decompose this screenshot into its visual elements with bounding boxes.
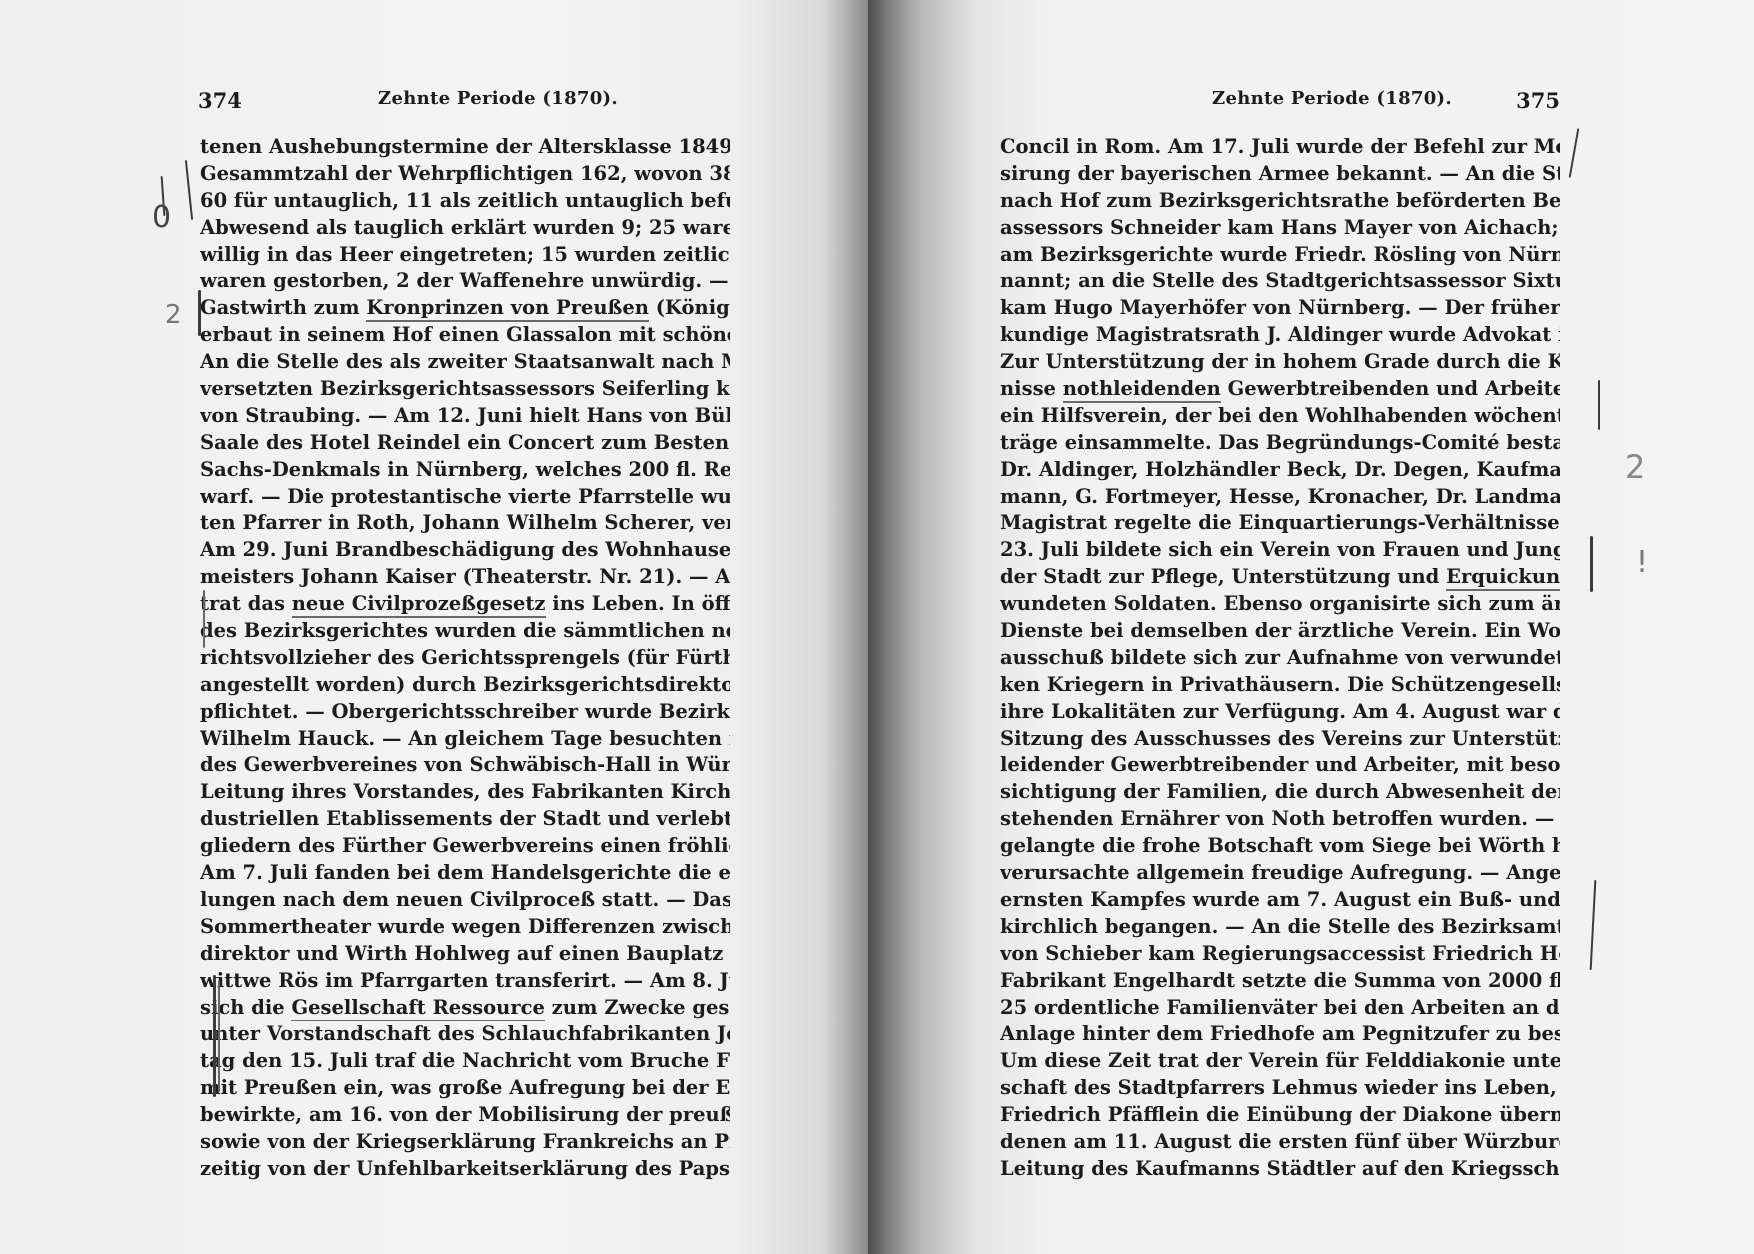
text-line: Dr. Aldinger, Holzhändler Beck, Dr. Dege…: [1000, 457, 1560, 484]
text-line: Sommertheater wurde wegen Differenzen zw…: [200, 914, 730, 941]
pencil-underline: Kronprinzen von Preußen: [366, 296, 649, 322]
text-line: 25 ordentliche Familienväter bei den Arb…: [1000, 995, 1560, 1022]
right-page-body-text: Concil in Rom. Am 17. Juli wurde der Bef…: [1000, 134, 1560, 1183]
text-line: direktor und Wirth Hohlweg auf einen Bau…: [200, 941, 730, 968]
text-line: wittwe Rös im Pfarrgarten transferirt. —…: [200, 968, 730, 995]
book-spread: 374 Zehnte Periode (1870). Zehnte Period…: [0, 0, 1754, 1254]
text-line: gelangte die frohe Botschaft vom Siege b…: [1000, 833, 1560, 860]
text-line: tag den 15. Juli traf die Nachricht vom …: [200, 1048, 730, 1075]
text-line: mit Preußen ein, was große Aufregung bei…: [200, 1075, 730, 1102]
text-line: zeitig von der Unfehlbarkeitserklärung d…: [200, 1156, 730, 1183]
pencil-margin-bracket: [218, 980, 220, 1092]
pencil-margin-note: !: [1636, 545, 1648, 580]
text-line: Saale des Hotel Reindel ein Concert zum …: [200, 430, 730, 457]
text-line: kundige Magistratsrath J. Aldinger wurde…: [1000, 322, 1560, 349]
text-line: träge einsammelte. Das Begründungs-Comit…: [1000, 430, 1560, 457]
text-line: des Bezirksgerichtes wurden die sämmtlic…: [200, 618, 730, 645]
text-line: pflichtet. — Obergerichtsschreiber wurde…: [200, 699, 730, 726]
text-line: Sachs-Denkmals in Nürnberg, welches 200 …: [200, 457, 730, 484]
text-line: Am 29. Juni Brandbeschädigung des Wohnha…: [200, 537, 730, 564]
text-line: stehenden Ernährer von Noth betroffen wu…: [1000, 806, 1560, 833]
text-line: Abwesend als tauglich erklärt wurden 9; …: [200, 215, 730, 242]
text-line: trat das neue Civilprozeßgesetz ins Lebe…: [200, 591, 730, 618]
text-line: dustriellen Etablissements der Stadt und…: [200, 806, 730, 833]
pencil-margin-bracket: [198, 290, 201, 336]
text-line: Am 7. Juli fanden bei dem Handelsgericht…: [200, 860, 730, 887]
text-line: Friedrich Pfäfflein die Einübung der Dia…: [1000, 1102, 1560, 1129]
text-line: von Schieber kam Regierungsaccessist Fri…: [1000, 941, 1560, 968]
text-line: Leitung des Kaufmanns Städtler auf den K…: [1000, 1156, 1560, 1183]
text-line: denen am 11. August die ersten fünf über…: [1000, 1129, 1560, 1156]
text-line: erbaut in seinem Hof einen Glassalon mit…: [200, 322, 730, 349]
text-line: Sitzung des Ausschusses des Vereins zur …: [1000, 726, 1560, 753]
pencil-margin-stroke: [1590, 536, 1593, 592]
left-page-header: 374 Zehnte Periode (1870).: [198, 88, 728, 116]
text-line: ken Kriegern in Privathäusern. Die Schüt…: [1000, 672, 1560, 699]
text-line: Zur Unterstützung der in hohem Grade dur…: [1000, 349, 1560, 376]
text-line: 60 für untauglich, 11 als zeitlich untau…: [200, 188, 730, 215]
text-line: warf. — Die protestantische vierte Pfarr…: [200, 484, 730, 511]
text-line: Gesammtzahl der Wehrpflichtigen 162, wov…: [200, 161, 730, 188]
text-line: nisse nothleidenden Gewerbtreibenden und…: [1000, 376, 1560, 403]
pencil-margin-note: 2: [1625, 448, 1645, 486]
text-line: assessors Schneider kam Hans Mayer von A…: [1000, 215, 1560, 242]
text-line: gliedern des Fürther Gewerbvereins einen…: [200, 833, 730, 860]
pencil-margin-note: 2: [165, 300, 182, 330]
text-line: waren gestorben, 2 der Waffenehre unwürd…: [200, 268, 730, 295]
text-line: der Stadt zur Pflege, Unterstützung und …: [1000, 564, 1560, 591]
text-line: ausschuß bildete sich zur Aufnahme von v…: [1000, 645, 1560, 672]
text-line: des Gewerbvereines von Schwäbisch-Hall i…: [200, 752, 730, 779]
text-line: angestellt worden) durch Bezirksgerichts…: [200, 672, 730, 699]
text-line: meisters Johann Kaiser (Theaterstr. Nr. …: [200, 564, 730, 591]
text-line: schaft des Stadtpfarrers Lehmus wieder i…: [1000, 1075, 1560, 1102]
text-line: mann, G. Fortmeyer, Hesse, Kronacher, Dr…: [1000, 484, 1560, 511]
text-line: tenen Aushebungstermine der Altersklasse…: [200, 134, 730, 161]
text-line: kam Hugo Mayerhöfer von Nürnberg. — Der …: [1000, 295, 1560, 322]
page-number: 375: [1516, 88, 1560, 113]
text-line: unter Vorstandschaft des Schlauchfabrika…: [200, 1021, 730, 1048]
text-line: Anlage hinter dem Friedhofe am Pegnitzuf…: [1000, 1021, 1560, 1048]
text-line: bewirkte, am 16. von der Mobilisirung de…: [200, 1102, 730, 1129]
text-line: Wilhelm Hauck. — An gleichem Tage besuch…: [200, 726, 730, 753]
pencil-underline: nothleidenden: [1063, 377, 1221, 403]
text-line: An die Stelle des als zweiter Staatsanwa…: [200, 349, 730, 376]
pencil-margin-note: 0: [152, 200, 171, 235]
text-line: kirchlich begangen. — An die Stelle des …: [1000, 914, 1560, 941]
text-line: ein Hilfsverein, der bei den Wohlhabende…: [1000, 403, 1560, 430]
text-line: 23. Juli bildete sich ein Verein von Fra…: [1000, 537, 1560, 564]
right-page-header: Zehnte Periode (1870). 375: [1000, 88, 1560, 116]
text-line: Um diese Zeit trat der Verein für Felddi…: [1000, 1048, 1560, 1075]
text-line: Leitung ihres Vorstandes, des Fabrikante…: [200, 779, 730, 806]
text-line: Dienste bei demselben der ärztliche Vere…: [1000, 618, 1560, 645]
running-title: Zehnte Periode (1870).: [1212, 88, 1452, 109]
text-line: Gastwirth zum Kronprinzen von Preußen (K…: [200, 295, 730, 322]
text-line: richtsvollzieher des Gerichtssprengels (…: [200, 645, 730, 672]
pencil-margin-stroke: [1598, 380, 1600, 430]
text-line: nach Hof zum Bezirksgerichtsrathe beförd…: [1000, 188, 1560, 215]
text-line: sich die Gesellschaft Ressource zum Zwec…: [200, 995, 730, 1022]
pencil-underline: neue Civilprozeßgesetz: [292, 592, 546, 618]
left-page-body-text: tenen Aushebungstermine der Altersklasse…: [200, 134, 730, 1183]
text-line: sichtigung der Familien, die durch Abwes…: [1000, 779, 1560, 806]
pencil-underline: Erquickung: [1446, 565, 1560, 591]
text-line: nannt; an die Stelle des Stadtgerichtsas…: [1000, 268, 1560, 295]
pencil-margin-bracket: [203, 590, 205, 648]
text-line: Concil in Rom. Am 17. Juli wurde der Bef…: [1000, 134, 1560, 161]
text-line: leidender Gewerbtreibender und Arbeiter,…: [1000, 752, 1560, 779]
text-line: sowie von der Kriegserklärung Frankreich…: [200, 1129, 730, 1156]
running-title: Zehnte Periode (1870).: [378, 88, 618, 109]
text-line: von Straubing. — Am 12. Juni hielt Hans …: [200, 403, 730, 430]
pencil-underline: Gesellschaft Ressource: [291, 996, 544, 1022]
text-line: ernsten Kampfes wurde am 7. August ein B…: [1000, 887, 1560, 914]
text-line: sirung der bayerischen Armee bekannt. — …: [1000, 161, 1560, 188]
text-line: ihre Lokalitäten zur Verfügung. Am 4. Au…: [1000, 699, 1560, 726]
text-line: Magistrat regelte die Einquartierungs-Ve…: [1000, 510, 1560, 537]
text-line: willig in das Heer eingetreten; 15 wurde…: [200, 242, 730, 269]
text-line: lungen nach dem neuen Civilproceß statt.…: [200, 887, 730, 914]
text-line: am Bezirksgerichte wurde Friedr. Rösling…: [1000, 242, 1560, 269]
text-line: versetzten Bezirksgerichtsassessors Seif…: [200, 376, 730, 403]
text-line: wundeten Soldaten. Ebenso organisirte si…: [1000, 591, 1560, 618]
text-line: verursachte allgemein freudige Aufregung…: [1000, 860, 1560, 887]
pencil-margin-bracket: [213, 975, 216, 1097]
page-number: 374: [198, 88, 242, 113]
text-line: ten Pfarrer in Roth, Johann Wilhelm Sche…: [200, 510, 730, 537]
text-line: Fabrikant Engelhardt setzte die Summa vo…: [1000, 968, 1560, 995]
